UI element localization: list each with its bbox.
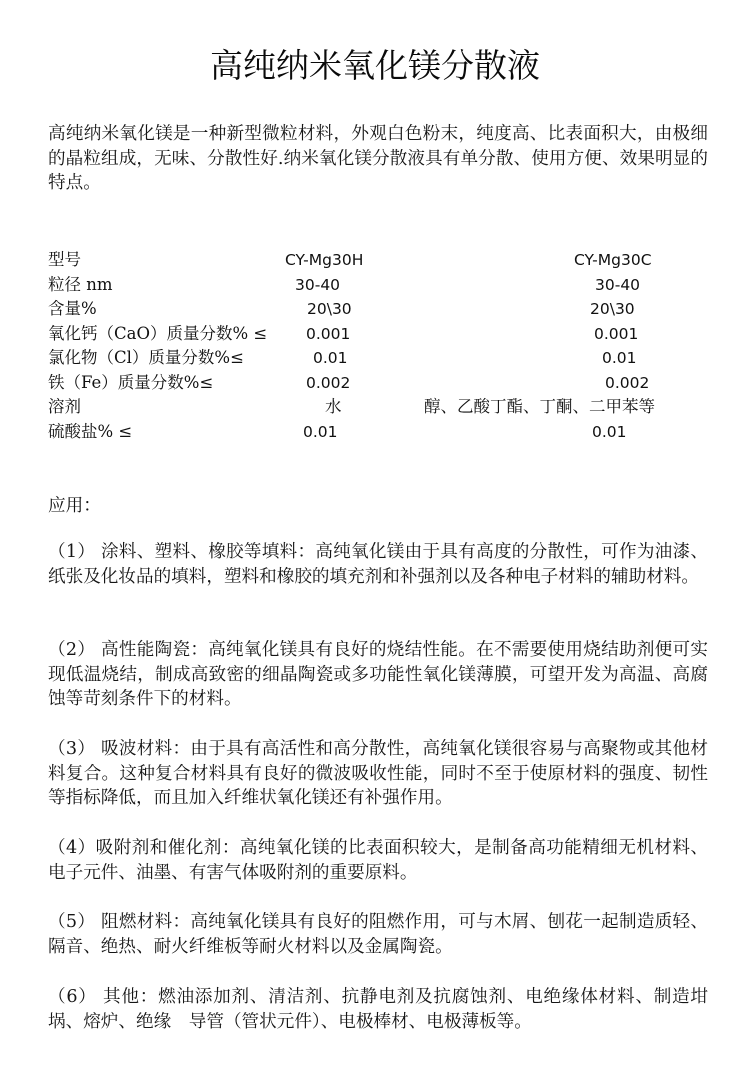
- intro-paragraph: 高纯纳米氧化镁是一种新型微粒材料，外观白色粉末，纯度高、比表面积大，由极细的晶粒…: [48, 122, 708, 196]
- spec-label: 粒径 nm: [48, 273, 113, 298]
- application-item-5: （5） 阻燃材料：高纯氧化镁具有良好的阻燃作用，可与木屑、刨花一起制造质轻、隔音…: [48, 910, 708, 959]
- spec-value-c: CY-Mg30C: [574, 248, 652, 273]
- spec-label: 氯化物（Cl）质量分数%≤: [48, 346, 244, 371]
- spec-value-h: 0.01: [303, 420, 338, 445]
- spec-value-c: 0.01: [592, 420, 627, 445]
- spec-row-model: 型号 CY-Mg30H CY-Mg30C: [48, 248, 728, 273]
- spec-label: 含量%: [48, 297, 97, 322]
- spec-label: 氧化钙（CaO）质量分数% ≤: [48, 322, 267, 347]
- spec-row-solvent: 溶剂 水 醇、乙酸丁酯、丁酮、二甲苯等: [48, 395, 728, 420]
- application-item-2: （2） 高性能陶瓷：高纯氧化镁具有良好的烧结性能。在不需要使用烧结助剂便可实现低…: [48, 638, 708, 712]
- spec-value-h: 0.001: [306, 322, 350, 347]
- spec-value-h: 0.01: [313, 346, 348, 371]
- spec-value-c: 0.002: [605, 371, 649, 396]
- spec-row-chloride: 氯化物（Cl）质量分数%≤ 0.01 0.01: [48, 346, 728, 371]
- application-item-4: （4）吸附剂和催化剂：高纯氧化镁的比表面积较大，是制备高功能精细无机材料、电子元…: [48, 836, 708, 885]
- spec-value-c: 20\30: [590, 297, 635, 322]
- document-title: 高纯纳米氧化镁分散液: [0, 44, 750, 88]
- spec-value-h: CY-Mg30H: [285, 248, 363, 273]
- spec-value-c: 0.001: [594, 322, 638, 347]
- application-item-3: （3） 吸波材料：由于具有高活性和高分散性，高纯氧化镁很容易与高聚物或其他材料复…: [48, 737, 708, 811]
- application-item-1: （1） 涂料、塑料、橡胶等填料：高纯氧化镁由于具有高度的分散性，可作为油漆、纸张…: [48, 540, 708, 589]
- spec-value-c: 0.01: [602, 346, 637, 371]
- spec-label: 溶剂: [48, 395, 81, 420]
- spec-label: 型号: [48, 248, 81, 273]
- spec-row-content: 含量% 20\30 20\30: [48, 297, 728, 322]
- spec-value-h: 20\30: [307, 297, 352, 322]
- spec-row-particle-size: 粒径 nm 30-40 30-40: [48, 273, 728, 298]
- spec-row-iron: 铁（Fe）质量分数%≤ 0.002 0.002: [48, 371, 728, 396]
- application-item-6: （6） 其他：燃油添加剂、清洁剂、抗静电剂及抗腐蚀剂、电绝缘体材料、制造坩埚、熔…: [48, 985, 708, 1034]
- spec-value-c: 30-40: [595, 273, 640, 298]
- spec-value-h: 30-40: [295, 273, 340, 298]
- applications-heading: 应用：: [48, 494, 101, 518]
- spec-row-cao: 氧化钙（CaO）质量分数% ≤ 0.001 0.001: [48, 322, 728, 347]
- spec-value-h: 水: [325, 395, 342, 420]
- spec-table: 型号 CY-Mg30H CY-Mg30C 粒径 nm 30-40 30-40 含…: [48, 248, 728, 444]
- spec-label: 铁（Fe）质量分数%≤: [48, 371, 213, 396]
- spec-value-c: 醇、乙酸丁酯、丁酮、二甲苯等: [424, 395, 655, 420]
- spec-label: 硫酸盐% ≤: [48, 420, 132, 445]
- spec-row-sulfate: 硫酸盐% ≤ 0.01 0.01: [48, 420, 728, 445]
- spec-value-h: 0.002: [306, 371, 350, 396]
